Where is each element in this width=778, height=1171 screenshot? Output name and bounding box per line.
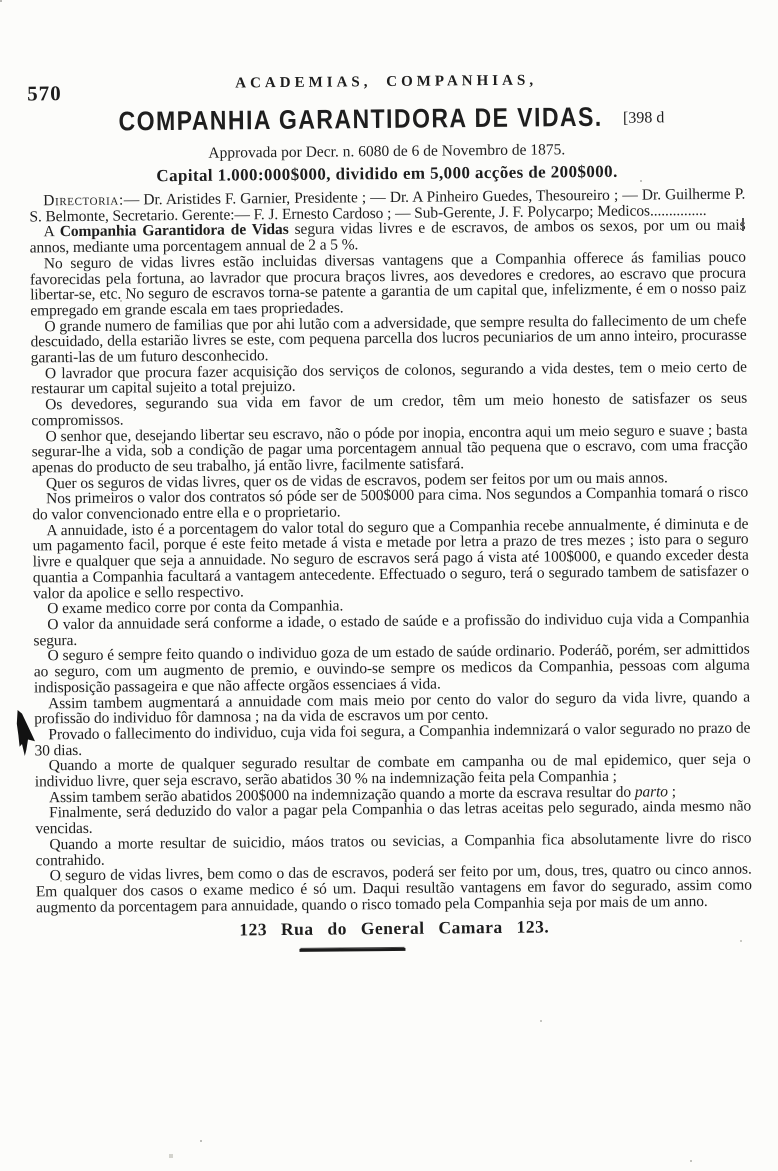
paragraph: O seguro é sempre feito quando o individ…	[34, 642, 750, 696]
paragraph: O seguro de vidas livres, bem como o das…	[36, 862, 752, 916]
end-divider	[299, 948, 405, 952]
paragraph: No seguro de vidas livres estão incluida…	[30, 249, 747, 319]
page-number: 570	[27, 81, 62, 106]
scan-noise	[0, 0, 2, 2]
scanned-page: 570 ACADEMIAS, COMPANHIAS, COMPANHIA GAR…	[0, 0, 778, 1171]
paragraph: O grande numero de familias que por ahi …	[30, 312, 746, 366]
paragraph: A annuidade, isto é a porcentagem do val…	[32, 516, 749, 601]
text-column: Directoria:— Dr. Aristides F. Garnier, P…	[29, 187, 752, 955]
running-head: ACADEMIAS, COMPANHIAS,	[0, 70, 775, 94]
address-footer: 123 Rua do General Camara 123.	[36, 915, 752, 943]
body-paragraphs: A Companhia Garantidora de Vidas segura …	[29, 218, 752, 916]
article-title-line: COMPANHIA GARANTIDORA DE VIDAS.[398 d	[0, 102, 776, 137]
entry-reference: [398 d	[623, 109, 664, 126]
capital-line: Capital 1.000:000$000, dividido em 5,000…	[0, 160, 776, 187]
page-content: 570 ACADEMIAS, COMPANHIAS, COMPANHIA GAR…	[0, 0, 778, 955]
article-title: COMPANHIA GARANTIDORA DE VIDAS.	[119, 102, 603, 138]
scan-artifact-tick	[742, 218, 744, 231]
paragraph: O senhor que, desejando libertar seu esc…	[31, 422, 747, 476]
